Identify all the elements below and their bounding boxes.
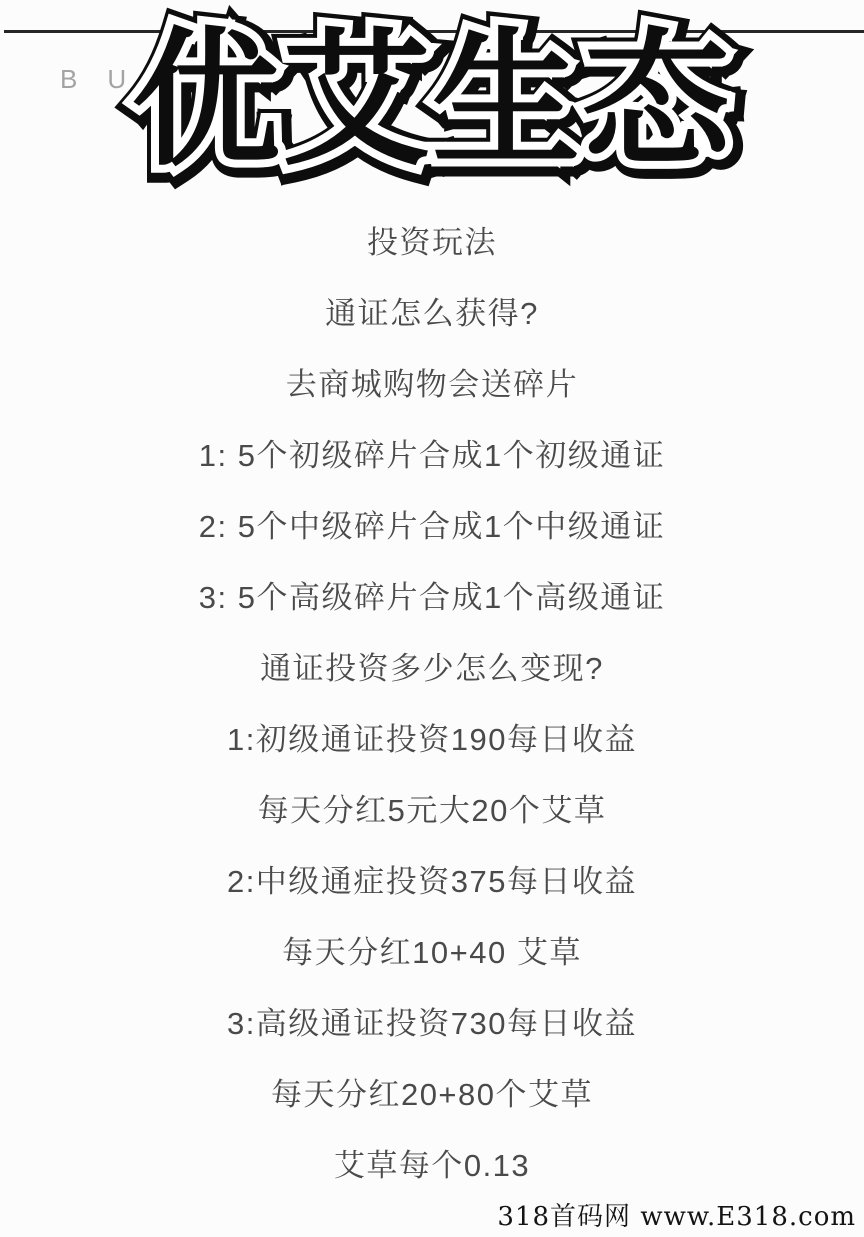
text-line-invest-2: 2:中级通症投资375每日收益: [0, 843, 864, 914]
text-line-dividend-2: 每天分红10+40 艾草: [0, 914, 864, 985]
text-line-question-1: 通证怎么获得?: [0, 275, 864, 346]
page-title: 优艾生态 优艾生态 优艾生态: [0, 16, 864, 206]
body-text-block: 投资玩法 通证怎么获得? 去商城购物会送碎片 1: 5个初级碎片合成1个初级通证…: [0, 204, 864, 1198]
watermark: 318首码网 www.E318.com: [497, 1196, 856, 1233]
text-line-rule-2: 2: 5个中级碎片合成1个中级通证: [0, 488, 864, 559]
text-line-rule-1: 1: 5个初级碎片合成1个初级通证: [0, 417, 864, 488]
page-title-fill-layer: 优艾生态: [132, 16, 732, 186]
text-line-rule-3: 3: 5个高级碎片合成1个高级通证: [0, 559, 864, 630]
text-line-dividend-3: 每天分红20+80个艾草: [0, 1056, 864, 1127]
text-line-invest-1: 1:初级通证投资190每日收益: [0, 701, 864, 772]
text-line-dividend-1: 每天分红5元大20个艾草: [0, 772, 864, 843]
text-line-mall-info: 去商城购物会送碎片: [0, 346, 864, 417]
text-line-heading: 投资玩法: [0, 204, 864, 275]
text-line-invest-3: 3:高级通证投资730每日收益: [0, 985, 864, 1056]
text-line-price: 艾草每个0.13: [0, 1127, 864, 1198]
text-line-question-2: 通证投资多少怎么变现?: [0, 630, 864, 701]
